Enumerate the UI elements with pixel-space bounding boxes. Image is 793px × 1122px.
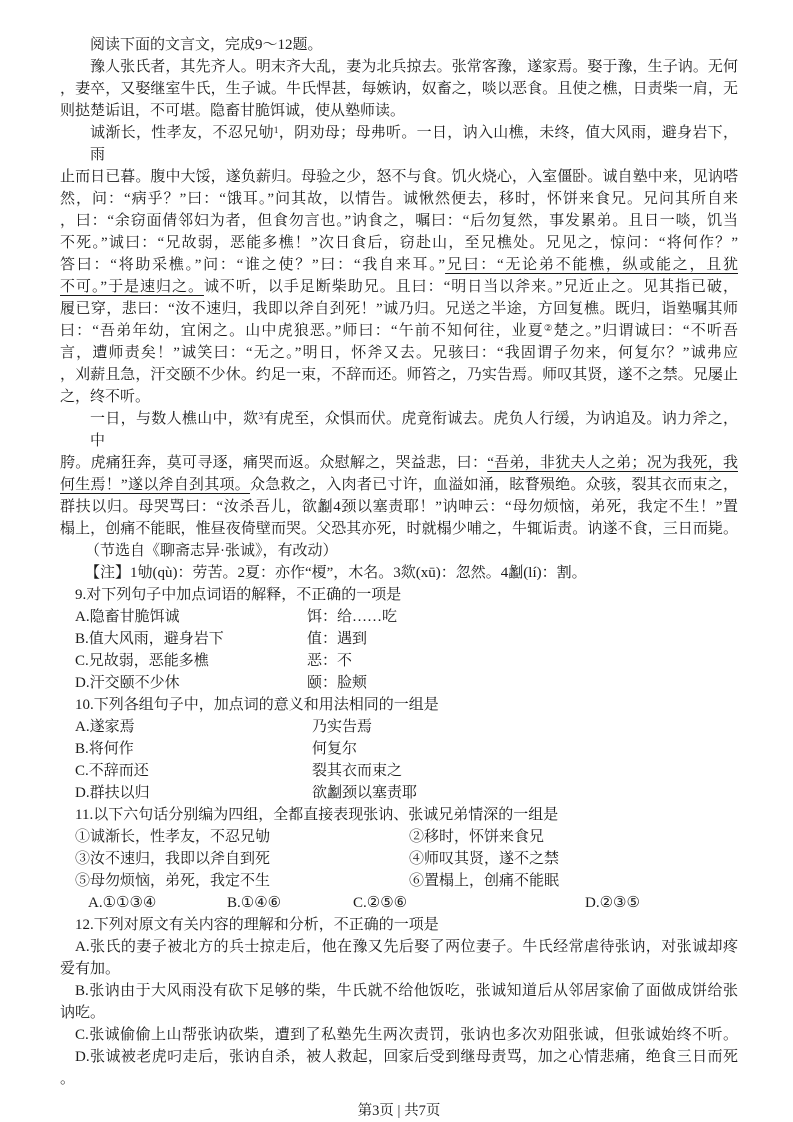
text-line: B.张讷由于大风雨没有砍下足够的柴，牛氏就不给他饭吃，张诚知道后从邻居家偷了面做… bbox=[60, 980, 738, 1002]
underlined-text: 何生焉！”遂以斧自刭其项。 bbox=[60, 477, 250, 493]
option-left: ⑤母勿烦恼，弟死，我定不生 bbox=[75, 870, 409, 892]
text-line: 10.下列各组句子中，加点词的意义和用法相同的一组是 bbox=[60, 694, 738, 716]
option-right: 何复尔 bbox=[312, 738, 357, 760]
text-line: 【注】1劬(qù)：劳苦。2夏：亦作“榎”，木名。3欻(xū)：忽然。4劙(lí… bbox=[60, 562, 738, 584]
footnote-marker: 3 bbox=[258, 412, 263, 422]
option-left: A.遂家焉 bbox=[75, 716, 312, 738]
exam-page: 阅读下面的文言文，完成9～12题。豫人张氏者，其先齐人。明末齐大乱，妻为北兵掠去… bbox=[60, 34, 738, 1122]
text-line: 不死。”诚曰：“兄故弱，恶能多樵！”次日食后，窃赴山，至兄樵处。兄见之，惊问：“… bbox=[60, 232, 738, 254]
text-line: 之，终不听。 bbox=[60, 386, 738, 408]
option-left: A.隐畜甘脆饵诚 bbox=[75, 606, 307, 628]
option-left: D.群扶以归 bbox=[75, 782, 312, 804]
text-line: 阅读下面的文言文，完成9～12题。 bbox=[60, 34, 738, 56]
option-right: ⑥置榻上，创痛不能眠 bbox=[409, 870, 559, 892]
text-line: 则挞楚诟诅，不可堪。隐畜甘脆饵诚，使从塾师读。 bbox=[60, 100, 738, 122]
answer-choice: D.②③⑤ bbox=[585, 892, 640, 914]
underlined-text: 兄曰：“无论弟不能樵，纵或能之，且犹 bbox=[445, 257, 738, 273]
answer-choice: C.②⑤⑥ bbox=[353, 892, 585, 914]
page-footer: 第3页 | 共7页 bbox=[60, 1100, 738, 1122]
text-line: 言，遭师责矣！”诚笑曰：“无之。”明日，怀斧又去。兄骇曰：“我固谓子勿来，何复尔… bbox=[60, 342, 738, 364]
text-line: 。 bbox=[60, 1068, 738, 1090]
answer-choice: B.①④⑥ bbox=[227, 892, 353, 914]
text-line: ，妻卒，又娶继室牛氏，生子诚。牛氏悍甚，每嫉讷，奴畜之，啖以恶食。且使之樵，日责… bbox=[60, 78, 738, 100]
option-row: B.将何作何复尔 bbox=[60, 738, 738, 760]
option-left: C.兄故弱，恶能多樵 bbox=[75, 650, 307, 672]
text-line: 何生焉！”遂以斧自刭其项。众急救之，入肉者已寸许，血溢如涌，眩瞀殒绝。众骇，裂其… bbox=[60, 474, 738, 496]
option-left: C.不辞而还 bbox=[75, 760, 312, 782]
answer-choice: A.①①③④ bbox=[88, 892, 227, 914]
footnote-marker: 1 bbox=[274, 126, 279, 136]
text-line: ，刈薪且急，汗交颐不少休。约足一束，不辞而还。师笞之，乃实告焉。师叹其贤，遂不之… bbox=[60, 364, 738, 386]
text-line: 曰：“吾弟年幼，宜闲之。山中虎狼恶。”师曰：“午前不知何往，业夏②楚之。”归谓诚… bbox=[60, 320, 738, 342]
option-row: ①诚渐长，性孝友，不忍兄劬②移时，怀饼来食兄 bbox=[60, 826, 738, 848]
option-row: D.群扶以归欲劙颈以塞责耶 bbox=[60, 782, 738, 804]
option-row: A.遂家焉乃实告焉 bbox=[60, 716, 738, 738]
option-right: 颐：脸颊 bbox=[307, 672, 367, 694]
option-row: ⑤母勿烦恼，弟死，我定不生⑥置榻上，创痛不能眠 bbox=[60, 870, 738, 892]
option-left: ①诚渐长，性孝友，不忍兄劬 bbox=[75, 826, 409, 848]
option-right: 欲劙颈以塞责耶 bbox=[312, 782, 417, 804]
option-right: 乃实告焉 bbox=[312, 716, 372, 738]
option-row: D.汗交颐不少休颐：脸颊 bbox=[60, 672, 738, 694]
option-right: 裂其衣而束之 bbox=[312, 760, 402, 782]
passage: 阅读下面的文言文，完成9～12题。豫人张氏者，其先齐人。明末齐大乱，妻为北兵掠去… bbox=[60, 34, 738, 562]
footnote-marker: ② bbox=[544, 324, 554, 334]
option-right: ④师叹其贤，遂不之禁 bbox=[409, 848, 559, 870]
text-line: 一日，与数人樵山中，欻3有虎至，众惧而伏。虎竟衔诚去。虎负人行缓，为讷追及。讷力… bbox=[60, 408, 738, 452]
text-line: 然，问：“病乎？”曰：“饿耳。”问其故，以情告。诚愀然便去，移时，怀饼来食兄。兄… bbox=[60, 188, 738, 210]
question-9: 9.对下列句子中加点词语的解释，不正确的一项是A.隐畜甘脆饵诚饵：给……吃B.值… bbox=[60, 584, 738, 694]
option-row: B.值大风雨，避身岩下值：遇到 bbox=[60, 628, 738, 650]
text-line: 不可。”于是速归之。诚不听，以手足断柴助兄。且曰：“明日当以斧来。”兄近止之。见… bbox=[60, 276, 738, 298]
text-line: 答曰：“将助采樵。”问：“谁之使？”曰：“我自来耳。”兄曰：“无论弟不能樵，纵或… bbox=[60, 254, 738, 276]
text-line: 12.下列对原文有关内容的理解和分析，不正确的一项是 bbox=[60, 914, 738, 936]
text-line: （节选自《聊斋志异·张诚》，有改动） bbox=[60, 540, 738, 562]
option-row: C.兄故弱，恶能多樵恶：不 bbox=[60, 650, 738, 672]
underlined-text: “吾弟，非犹夫人之弟；况为我死，我 bbox=[487, 455, 738, 471]
text-line: ，曰：“余窃面倩邻妇为者，但食勿言也。”讷食之，嘱曰：“后勿复然，事发累弟。且日… bbox=[60, 210, 738, 232]
option-row: A.隐畜甘脆饵诚饵：给……吃 bbox=[60, 606, 738, 628]
text-line: 群扶以归。母哭骂曰：“汝杀吾儿，欲劙4颈以塞责耶！”讷呻云：“母勿烦恼，弟死，我… bbox=[60, 496, 738, 518]
option-row: C.不辞而还裂其衣而束之 bbox=[60, 760, 738, 782]
option-row: ③汝不速归，我即以斧自到死④师叹其贤，遂不之禁 bbox=[60, 848, 738, 870]
text-line: 止而日已暮。腹中大馁，遂负薪归。母验之少，怒不与食。饥火烧心，入室僵卧。诚自塾中… bbox=[60, 166, 738, 188]
text-line: 讷吃。 bbox=[60, 1002, 738, 1024]
text-line: 诚渐长，性孝友，不忍兄劬1，阴劝母；母弗听。一日，讷入山樵，未终，值大风雨，避身… bbox=[60, 122, 738, 166]
option-left: B.值大风雨，避身岩下 bbox=[75, 628, 307, 650]
footnotes: 【注】1劬(qù)：劳苦。2夏：亦作“榎”，木名。3欻(xū)：忽然。4劙(lí… bbox=[60, 562, 738, 584]
underlined-text: 不可。”于是速归之。 bbox=[60, 279, 204, 295]
question-10: 10.下列各组句子中，加点词的意义和用法相同的一组是A.遂家焉乃实告焉B.将何作… bbox=[60, 694, 738, 804]
text-line: 履已穿，悲曰：“汝不速归，我即以斧自刭死！”诚乃归。兄送之半途，方回复樵。既归，… bbox=[60, 298, 738, 320]
question-11: 11.以下六句话分别编为四组，全都直接表现张讷、张诚兄弟情深的一组是①诚渐长，性… bbox=[60, 804, 738, 914]
text-line: 胯。虎痛狂奔，莫可寻逐，痛哭而返。众慰解之，哭益悲，曰：“吾弟，非犹夫人之弟；况… bbox=[60, 452, 738, 474]
question-12: 12.下列对原文有关内容的理解和分析，不正确的一项是A.张氏的妻子被北方的兵士掠… bbox=[60, 914, 738, 1090]
text-line: 榻上，创痛不能眠，惟昼夜倚壁而哭。父恐其亦死，时就榻少哺之，牛辄诟责。讷遂不食，… bbox=[60, 518, 738, 540]
text-line: C.张诚偷偷上山帮张讷砍柴，遭到了私塾先生两次责罚，张讷也多次劝阻张诚，但张诚始… bbox=[60, 1024, 738, 1046]
text-line: 11.以下六句话分别编为四组，全都直接表现张讷、张诚兄弟情深的一组是 bbox=[60, 804, 738, 826]
answer-choices-row: A.①①③④B.①④⑥C.②⑤⑥D.②③⑤ bbox=[60, 892, 738, 914]
text-line: A.张氏的妻子被北方的兵士掠走后，他在豫又先后娶了两位妻子。牛氏经常虐待张讷，对… bbox=[60, 936, 738, 958]
text-line: 9.对下列句子中加点词语的解释，不正确的一项是 bbox=[60, 584, 738, 606]
text-line: D.张诚被老虎叼走后，张讷自杀，被人救起，回家后受到继母责骂，加之心情悲痛，绝食… bbox=[60, 1046, 738, 1068]
option-left: D.汗交颐不少休 bbox=[75, 672, 307, 694]
text-line: 豫人张氏者，其先齐人。明末齐大乱，妻为北兵掠去。张常客豫，遂家焉。娶于豫，生子讷… bbox=[60, 56, 738, 78]
option-right: 值：遇到 bbox=[307, 628, 367, 650]
option-right: 饵：给……吃 bbox=[307, 606, 397, 628]
option-left: ③汝不速归，我即以斧自到死 bbox=[75, 848, 409, 870]
option-right: 恶：不 bbox=[307, 650, 352, 672]
text-line: 爱有加。 bbox=[60, 958, 738, 980]
option-right: ②移时，怀饼来食兄 bbox=[409, 826, 544, 848]
option-left: B.将何作 bbox=[75, 738, 312, 760]
